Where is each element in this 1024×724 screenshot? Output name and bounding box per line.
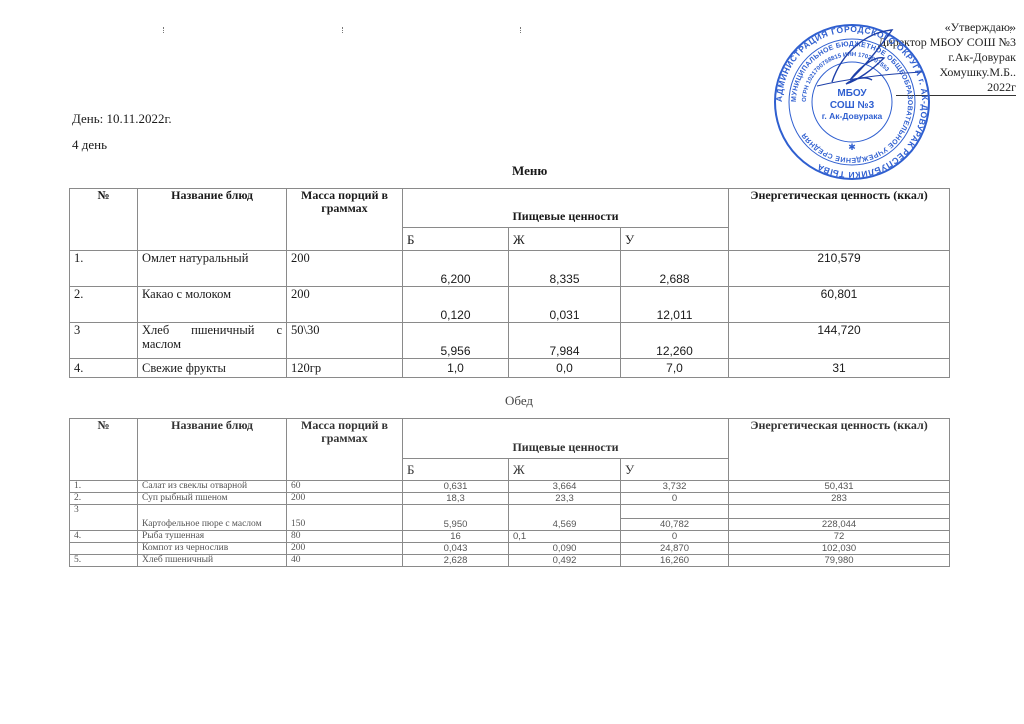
protein-value: 18,3 [403, 493, 509, 505]
energy-value: 210,579 [729, 251, 950, 287]
dish-name: Рыба тушенная [138, 531, 287, 543]
table-row: 2. Суп рыбный пшеном 200 18,3 23,3 0 283 [70, 493, 950, 505]
row-num: 1. [70, 251, 138, 287]
row-num: 3 [70, 505, 138, 531]
energy-value: 228,044 [729, 505, 950, 531]
lunch-table: № Название блюд Масса порций в граммах П… [69, 418, 950, 567]
scan-mark [163, 27, 165, 33]
row-num: 5. [70, 555, 138, 567]
protein-value: 0,120 [403, 287, 509, 323]
carb-value: 2,688 [621, 251, 729, 287]
protein-value: 5,956 [403, 323, 509, 359]
dish-mass: 200 [287, 493, 403, 505]
fat-value: 3,664 [509, 481, 621, 493]
dish-name: Хлеб пшеничный с маслом [138, 323, 287, 359]
breakfast-title: Меню [512, 163, 547, 179]
col-nutrients-header: Пищевые ценности [403, 189, 729, 228]
dish-name: Компот из чернослив [138, 543, 287, 555]
row-num: 2. [70, 493, 138, 505]
col-mass-header: Масса порций в граммах [287, 189, 403, 251]
menu-day: 4 день [72, 137, 107, 153]
dish-name: Картофельное пюре с маслом [138, 505, 287, 531]
col-name-header: Название блюд [138, 189, 287, 251]
energy-value: 102,030 [729, 543, 950, 555]
energy-value: 79,980 [729, 555, 950, 567]
dish-mass: 40 [287, 555, 403, 567]
table-row: 4. Рыба тушенная 80 16 0,1 0 72 [70, 531, 950, 543]
carb-value: 12,011 [621, 287, 729, 323]
dish-name: Какао с молоком [138, 287, 287, 323]
dish-mass: 200 [287, 543, 403, 555]
fat-value: 0,492 [509, 555, 621, 567]
table-row: Компот из чернослив 200 0,043 0,090 24,8… [70, 543, 950, 555]
menu-date: День: 10.11.2022г. [72, 111, 172, 127]
carb-value-text: 40,782 [660, 519, 689, 530]
table-row: 3 Картофельное пюре с маслом 150 5,950 4… [70, 505, 950, 531]
protein-value: 2,628 [403, 555, 509, 567]
fat-value: 23,3 [509, 493, 621, 505]
scan-mark [342, 27, 344, 33]
fat-value: 0,1 [509, 531, 621, 543]
dish-mass: 200 [287, 251, 403, 287]
fat-value: 4,569 [509, 505, 621, 531]
stamp-center-line1: МБОУ [837, 88, 867, 99]
energy-value: 72 [729, 531, 950, 543]
col-carb-header: У [621, 459, 729, 481]
carb-value: 12,260 [621, 323, 729, 359]
col-protein-header: Б [403, 459, 509, 481]
col-fat-header: Ж [509, 459, 621, 481]
row-num: 4. [70, 531, 138, 543]
fat-value: 0,0 [509, 359, 621, 378]
dish-name: Свежие фрукты [138, 359, 287, 378]
carb-value: 7,0 [621, 359, 729, 378]
energy-value: 60,801 [729, 287, 950, 323]
protein-value: 1,0 [403, 359, 509, 378]
protein-value: 0,043 [403, 543, 509, 555]
fat-value: 7,984 [509, 323, 621, 359]
stamp-center-line2: СОШ №3 [830, 100, 875, 111]
col-energy-header: Энергетическая ценность (ккал) [729, 419, 950, 481]
lunch-title: Обед [505, 393, 533, 409]
col-mass-header: Масса порций в граммах [287, 419, 403, 481]
row-num: 1. [70, 481, 138, 493]
dish-name: Омлет натуральный [138, 251, 287, 287]
dish-mass: 150 [287, 505, 403, 531]
dish-mass: 80 [287, 531, 403, 543]
stamp-center-line3: г. Ак-Довурака [822, 111, 883, 121]
table-row: 5. Хлеб пшеничный 40 2,628 0,492 16,260 … [70, 555, 950, 567]
table-row: 4. Свежие фрукты 120гр 1,0 0,0 7,0 31 [70, 359, 950, 378]
fat-value: 8,335 [509, 251, 621, 287]
dish-mass: 60 [287, 481, 403, 493]
carb-value: 24,870 [621, 543, 729, 555]
dish-name: Суп рыбный пшеном [138, 493, 287, 505]
row-num: 4. [70, 359, 138, 378]
col-protein-header: Б [403, 228, 509, 251]
table-row: 2. Какао с молоком 200 0,120 0,031 12,01… [70, 287, 950, 323]
table-row: 3 Хлеб пшеничный с маслом 50\30 5,956 7,… [70, 323, 950, 359]
row-num: 2. [70, 287, 138, 323]
dish-mass: 200 [287, 287, 403, 323]
protein-value: 0,631 [403, 481, 509, 493]
carb-value: 0 [621, 531, 729, 543]
col-energy-header: Энергетическая ценность (ккал) [729, 189, 950, 251]
dish-mass: 120гр [287, 359, 403, 378]
energy-value: 50,431 [729, 481, 950, 493]
carb-value: 16,260 [621, 555, 729, 567]
col-num-header: № [70, 189, 138, 251]
carb-value: 40,782 [621, 505, 729, 531]
school-seal-stamp: АДМИНИСТРАЦИЯ ГОРОДСКОГО ОКРУГА г. АК-ДО… [772, 22, 932, 182]
fat-value: 0,090 [509, 543, 621, 555]
stamp-emblem-icon: ✱ [848, 143, 856, 153]
protein-value: 6,200 [403, 251, 509, 287]
table-row: 1. Салат из свеклы отварной 60 0,631 3,6… [70, 481, 950, 493]
energy-value: 283 [729, 493, 950, 505]
protein-value: 16 [403, 531, 509, 543]
row-num: 3 [70, 323, 138, 359]
breakfast-table: № Название блюд Масса порций в граммах П… [69, 188, 950, 378]
energy-value: 31 [729, 359, 950, 378]
col-name-header: Название блюд [138, 419, 287, 481]
col-nutrients-header: Пищевые ценности [403, 419, 729, 459]
dish-mass: 50\30 [287, 323, 403, 359]
col-num-header: № [70, 419, 138, 481]
row-num [70, 543, 138, 555]
col-carb-header: У [621, 228, 729, 251]
protein-value: 5,950 [403, 505, 509, 531]
energy-value-text: 228,044 [822, 519, 856, 530]
fat-value: 0,031 [509, 287, 621, 323]
table-row: 1. Омлет натуральный 200 6,200 8,335 2,6… [70, 251, 950, 287]
scan-mark [520, 27, 522, 33]
carb-value: 0 [621, 493, 729, 505]
col-fat-header: Ж [509, 228, 621, 251]
energy-value: 144,720 [729, 323, 950, 359]
dish-name: Хлеб пшеничный [138, 555, 287, 567]
carb-value: 3,732 [621, 481, 729, 493]
dish-name: Салат из свеклы отварной [138, 481, 287, 493]
